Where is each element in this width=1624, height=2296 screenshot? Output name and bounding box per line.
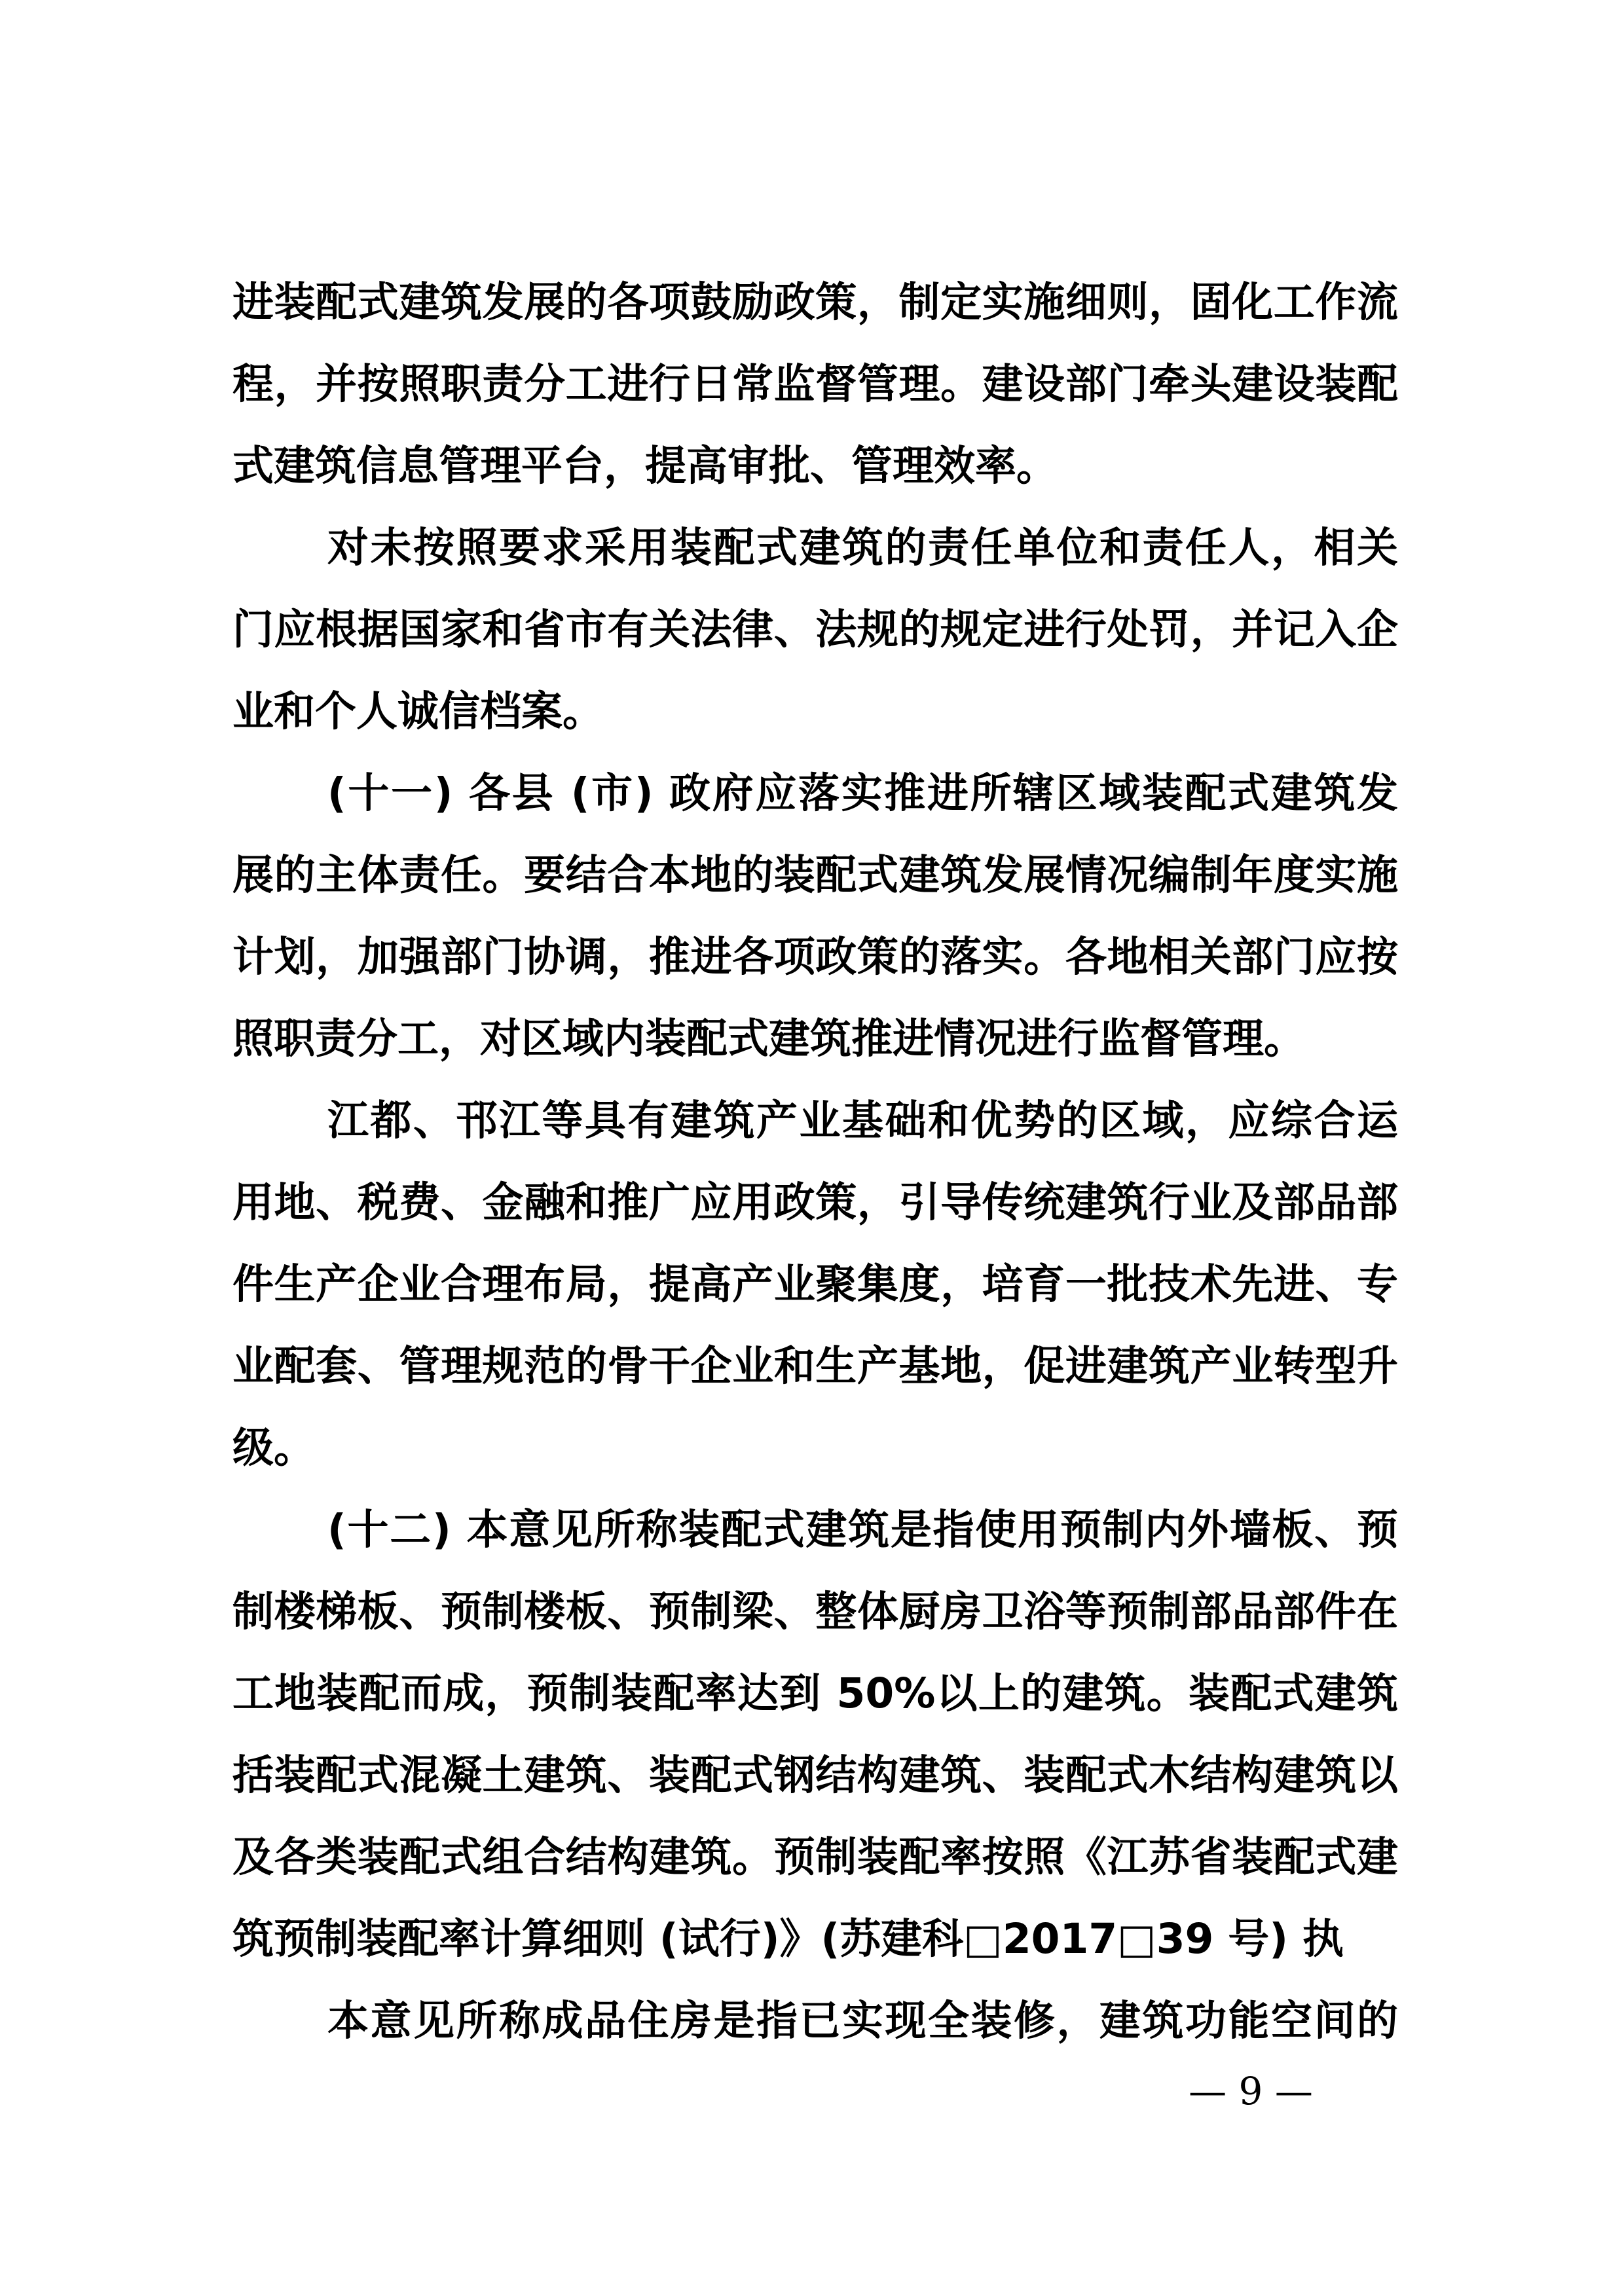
text-line: 工地装配而成，预制装配率达到 50%以上的建筑。装配式建筑包 <box>232 1652 1398 1734</box>
text-line: 制楼梯板、预制楼板、预制梁、整体厨房卫浴等预制部品部件在 <box>232 1571 1398 1652</box>
text-line: 括装配式混凝土建筑、装配式钢结构建筑、装配式木结构建筑以 <box>232 1734 1398 1816</box>
text-line: 进装配式建筑发展的各项鼓励政策，制定实施细则，固化工作流 <box>232 261 1398 343</box>
text-line: 程，并按照职责分工进行日常监督管理。建设部门牵头建设装配 <box>232 343 1398 425</box>
text-line: 件生产企业合理布局，提高产业聚集度，培育一批技术先进、专 <box>232 1243 1398 1325</box>
text-line: 展的主体责任。要结合本地的装配式建筑发展情况编制年度实施 <box>232 834 1398 916</box>
text-line: 及各类装配式组合结构建筑。预制装配率按照《江苏省装配式建 <box>232 1816 1398 1898</box>
text-line: 计划，加强部门协调，推进各项政策的落实。各地相关部门应按 <box>232 916 1398 998</box>
text-line: 业和个人诚信档案。 <box>232 670 1398 752</box>
text-line: 江都、邗江等具有建筑产业基础和优势的区域，应综合运用 <box>232 1080 1398 1161</box>
text-line: 级。 <box>232 1407 1398 1489</box>
text-line: 本意见所称成品住房是指已实现全装修，建筑功能空间的固 <box>232 1980 1398 2062</box>
text-line: 式建筑信息管理平台，提高审批、管理效率。 <box>232 425 1398 507</box>
text-line: 门应根据国家和省市有关法律、法规的规定进行处罚，并记入企 <box>232 589 1398 670</box>
text-line: 对未按照要求采用装配式建筑的责任单位和责任人，相关部 <box>232 507 1398 589</box>
document-page: 进装配式建筑发展的各项鼓励政策，制定实施细则，固化工作流 程，并按照职责分工进行… <box>0 0 1624 2296</box>
body-text: 进装配式建筑发展的各项鼓励政策，制定实施细则，固化工作流 程，并按照职责分工进行… <box>232 261 1398 2062</box>
page-number: — 9 — <box>1172 2068 1329 2115</box>
text-line: 用地、税费、金融和推广应用政策，引导传统建筑行业及部品部 <box>232 1161 1398 1243</box>
text-line: 照职责分工，对区域内装配式建筑推进情况进行监督管理。 <box>232 998 1398 1080</box>
text-line: 业配套、管理规范的骨干企业和生产基地，促进建筑产业转型升 <box>232 1325 1398 1407</box>
text-line: (十二) 本意见所称装配式建筑是指使用预制内外墙板、预 <box>232 1489 1398 1571</box>
text-line: (十一) 各县 (市) 政府应落实推进所辖区域装配式建筑发 <box>232 752 1398 834</box>
text-line: 筑预制装配率计算细则 (试行)》(苏建科□2017□39 号) 执行。 <box>232 1898 1398 1980</box>
